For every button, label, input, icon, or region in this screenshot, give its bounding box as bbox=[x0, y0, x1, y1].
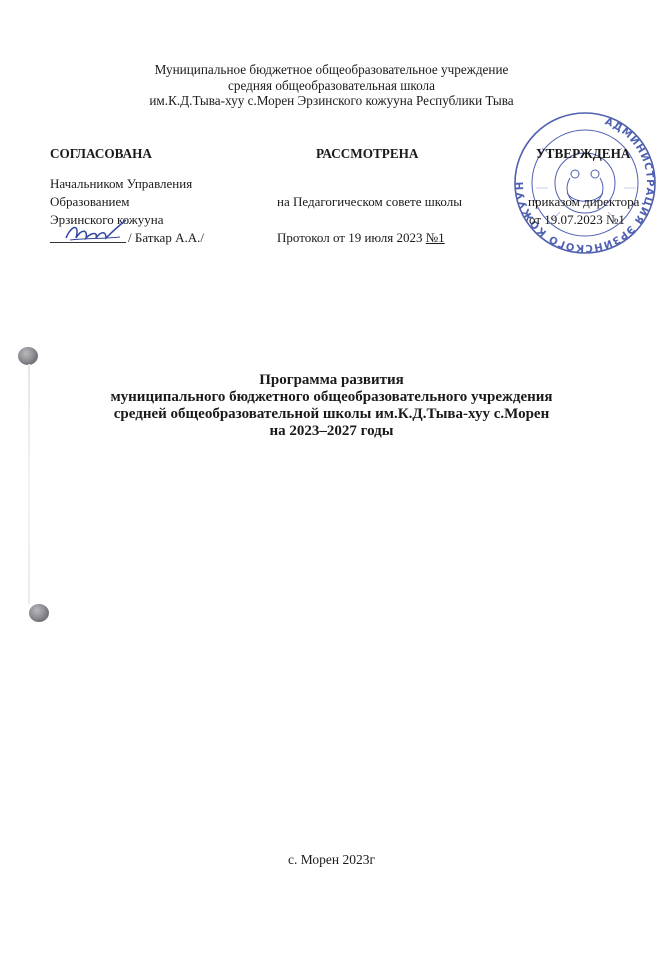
punch-hole-top bbox=[18, 347, 38, 365]
document-title: Программа развития муниципального бюджет… bbox=[0, 372, 663, 440]
agreed-title: СОГЛАСОВАНА bbox=[50, 146, 152, 162]
approved-line-2: от 19.07.2023 №1 bbox=[529, 212, 625, 228]
agreed-line-1: Начальником Управления bbox=[50, 176, 192, 192]
header-line-3: им.К.Д.Тыва-хуу с.Морен Эрзинского кожуу… bbox=[0, 93, 663, 109]
title-line-1: Программа развития bbox=[0, 372, 663, 389]
school-header: Муниципальное бюджетное общеобразователь… bbox=[0, 62, 663, 109]
header-line-2: средняя общеобразовательная школа bbox=[0, 78, 663, 94]
reviewed-title: РАССМОТРЕНА bbox=[316, 146, 418, 162]
title-line-4: на 2023–2027 годы bbox=[0, 423, 663, 440]
approved-line-1: приказом директора bbox=[528, 194, 639, 210]
header-line-1: Муниципальное бюджетное общеобразователь… bbox=[0, 62, 663, 78]
protocol-number: №1 bbox=[426, 230, 445, 245]
protocol-text: Протокол от 19 июля 2023 bbox=[277, 230, 426, 245]
place-year: с. Морен 2023г bbox=[0, 852, 663, 868]
signature-icon bbox=[62, 218, 132, 246]
punch-hole-bottom bbox=[29, 604, 49, 622]
reviewed-protocol: Протокол от 19 июля 2023 №1 bbox=[277, 230, 445, 246]
approved-title: УТВЕРЖДЕНА bbox=[536, 146, 630, 162]
reviewed-line-1: на Педагогическом совете школы bbox=[277, 194, 462, 210]
title-line-3: средней общеобразовательной школы им.К.Д… bbox=[0, 406, 663, 423]
agreed-line-2: Образованием bbox=[50, 194, 129, 210]
agreed-signature-name: / Баткар А.А./ bbox=[128, 230, 204, 246]
official-stamp-icon: АДМИНИСТРАЦИЯ ЭРЗИНСКОГО КОЖУУНА РЕСПУБЛ… bbox=[512, 108, 658, 258]
title-line-2: муниципального бюджетного общеобразовате… bbox=[0, 389, 663, 406]
